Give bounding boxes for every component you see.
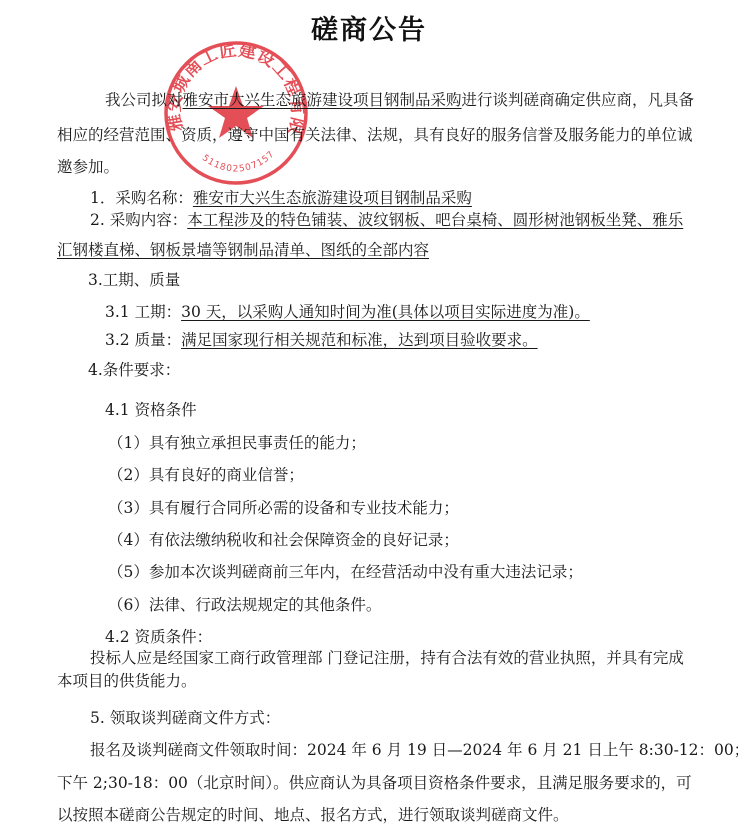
condition-item: （5）参加本次谈判磋商前三年内，在经营活动中没有重大违法记录； [108,562,583,582]
intro-line-1: 我公司拟对雅安市大兴生态旅游建设项目钢制品采购进行谈判磋商确定供应商，凡具备 [105,90,694,110]
section-5-heading: 5. 领取谈判磋商文件方式： [90,708,280,728]
condition-item: （4）有依法缴纳税收和社会保障资金的良好记录； [108,530,459,550]
condition-item: （3）具有履行合同所必需的设备和专业技术能力； [108,498,459,518]
company-seal-icon: 雅安城南工匠建设工程有限公司 5118025071571 [161,38,311,188]
section-3-heading: 3.工期、质量 [88,270,180,290]
condition-item: （6）法律、行政法规规定的其他条件。 [108,595,381,615]
svg-text:雅安城南工匠建设工程有限公司: 雅安城南工匠建设工程有限公司 [161,38,309,137]
quality-line: 3.2 质量：满足国家现行相关规范和标准，达到项目验收要求。 [105,330,538,350]
registration-time-line-1: 报名及谈判磋商文件领取时间：2024 年 6 月 19 日—2024 年 6 月… [90,740,738,760]
certification-line-1: 投标人应是经国家工商行政管理部 门登记注册，持有合法有效的营业执照，并具有完成 [90,648,684,668]
intro-line-3: 邀参加。 [57,157,119,177]
certification-heading: 4.2 资质条件： [105,627,212,647]
qualification-heading: 4.1 资格条件 [105,400,197,420]
condition-item: （1）具有独立承担民事责任的能力； [108,433,366,453]
document-page: 磋商公告 雅安城南工匠建设工程有限公司 5118025071571 我公司拟对雅… [0,0,738,835]
certification-line-2: 本项目的供货能力。 [57,671,197,691]
procurement-content-cont: 汇钢楼直梯、钢板景墙等钢制品清单、图纸的全部内容 [57,240,429,260]
duration-line: 3.1 工期：30 天，以采购人通知时间为准(具体以项目实际进度为准)。 [105,302,590,322]
intro-line-2: 相应的经营范围、资质，遵守中国有关法律、法规，具有良好的服务信誉及服务能力的单位… [57,125,693,145]
condition-item: （2）具有良好的商业信誉； [108,465,304,485]
procurement-name: 1．采购名称：雅安市大兴生态旅游建设项目钢制品采购 [90,188,472,208]
document-title: 磋商公告 [0,8,738,47]
procurement-content: 2. 采购内容：本工程涉及的特色铺装、波纹钢板、吧台桌椅、圆形树池钢板坐凳、雅乐 [90,210,683,230]
registration-time-line-3: 以按照本磋商公告规定的时间、地点、报名方式，进行领取谈判磋商文件。 [57,805,569,825]
section-4-heading: 4.条件要求： [88,360,180,380]
project-name-link: 雅安市大兴生态旅游建设项目钢制品采购 [183,91,462,109]
registration-time-line-2: 下午 2;30-18：00（北京时间）。供应商认为具备项目资格条件要求，且满足服… [57,773,692,793]
